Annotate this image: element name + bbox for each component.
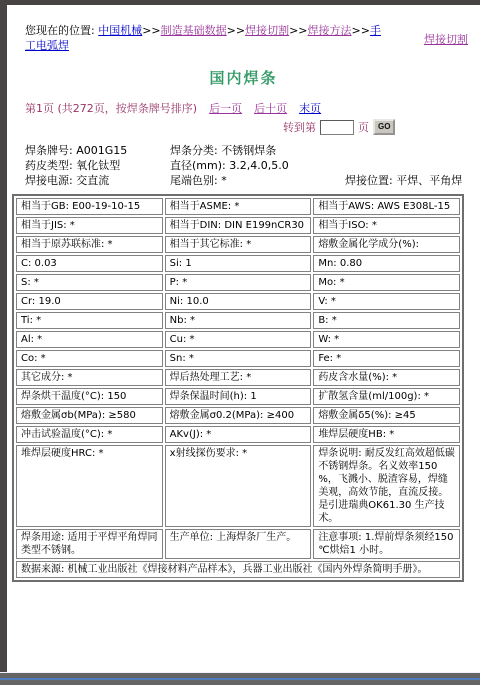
table-row: Ti: *Nb: *B: * [16, 312, 460, 329]
go-button[interactable]: GO [373, 119, 395, 135]
table-cell: 冲击试验温度(°C): * [16, 426, 163, 443]
goto-suffix-label: 页 [358, 119, 369, 135]
table-cell: 相当于其它标准: * [165, 236, 312, 253]
window-left-edge [0, 0, 7, 685]
info-item: 焊条分类: 不锈钢焊条 [170, 143, 345, 158]
table-row: 冲击试验温度(°C): *AKv(J): *堆焊层硬度HB: * [16, 426, 460, 443]
table-cell: 焊条用途: 适用于平焊平角焊同类型不锈钢。 [16, 529, 163, 559]
table-cell: 焊条说明: 耐反发红高效超低碳不锈钢焊条。名义效率150 %，飞溅小、脱渣容易，… [313, 445, 460, 527]
table-cell: 焊条烘干温度(°C): 150 [16, 388, 163, 405]
table-cell: Sn: * [165, 350, 312, 367]
info-item: 尾端色别: * [170, 173, 345, 188]
table-row: Co: *Sn: *Fe: * [16, 350, 460, 367]
pagination-link[interactable]: 后十页 [254, 102, 287, 115]
table-row: 熔敷金属σb(MPa): ≥580熔敷金属σ0.2(MPa): ≥400熔敷金属… [16, 407, 460, 424]
pagination-status: 第1页 (共272页，按焊条牌号排序) [25, 102, 197, 115]
table-cell: Co: * [16, 350, 163, 367]
spec-table-body: 相当于GB: E00-19-10-15相当于ASME: *相当于AWS: AWS… [16, 198, 460, 578]
breadcrumb-separator: >> [142, 24, 160, 37]
info-line: 焊接电源: 交直流尾端色别: *焊接位置: 平焊、平角焊 [25, 173, 480, 188]
table-cell: Ti: * [16, 312, 163, 329]
table-row: 相当于GB: E00-19-10-15相当于ASME: *相当于AWS: AWS… [16, 198, 460, 215]
info-block: 焊条牌号: A001G15焊条分类: 不锈钢焊条药皮类型: 氧化钛型直径(mm)… [25, 143, 480, 188]
table-cell: 堆焊层硬度HB: * [313, 426, 460, 443]
breadcrumb-link[interactable]: 中国机械 [98, 24, 142, 37]
table-cell: 生产单位: 上海焊条厂生产。 [165, 529, 312, 559]
goto-label: 转到第 [283, 119, 316, 135]
spec-table: 相当于GB: E00-19-10-15相当于ASME: *相当于AWS: AWS… [12, 194, 464, 582]
table-cell: 堆焊层硬度HRC: * [16, 445, 163, 527]
table-cell: Mo: * [313, 274, 460, 291]
table-cell: Al: * [16, 331, 163, 348]
table-cell: B: * [313, 312, 460, 329]
table-cell: Ni: 10.0 [165, 293, 312, 310]
table-cell: W: * [313, 331, 460, 348]
breadcrumb: 您现在的位置: 中国机械>>制造基础数据>>焊接切割>>焊接方法>>手工电弧焊 [25, 23, 389, 53]
breadcrumb-link[interactable]: 焊接切割 [245, 24, 289, 37]
table-cell: C: 0.03 [16, 255, 163, 272]
table-row: 其它成分: *焊后热处理工艺: *药皮含水量(%): * [16, 369, 460, 386]
table-row: 焊条用途: 适用于平焊平角焊同类型不锈钢。生产单位: 上海焊条厂生产。注意事项:… [16, 529, 460, 559]
table-cell: 相当于原苏联标准: * [16, 236, 163, 253]
pagination-links: 后一页后十页末页 [197, 102, 321, 115]
goto-page-controls: 转到第 页 GO [283, 119, 480, 135]
info-item: 焊接电源: 交直流 [25, 173, 170, 188]
table-cell: x射线探伤要求: * [165, 445, 312, 527]
table-cell: 相当于GB: E00-19-10-15 [16, 198, 163, 215]
table-cell: Nb: * [165, 312, 312, 329]
table-cell: 熔敷金属δ5(%): ≥45 [313, 407, 460, 424]
table-row: 数据来源: 机械工业出版社《焊接材料产品样本》，兵器工业出版社《国内外焊条简明手… [16, 561, 460, 578]
table-cell: 相当于ASME: * [165, 198, 312, 215]
table-cell: Mn: 0.80 [313, 255, 460, 272]
info-item: 药皮类型: 氧化钛型 [25, 158, 170, 173]
table-row: 相当于JIS: *相当于DIN: DIN E199nCR30相当于ISO: * [16, 217, 460, 234]
table-cell: AKv(J): * [165, 426, 312, 443]
page-title: 国内焊条 [7, 67, 480, 88]
table-row: 焊条烘干温度(°C): 150焊条保温时间(h): 1扩散氢含量(ml/100g… [16, 388, 460, 405]
info-line: 药皮类型: 氧化钛型直径(mm): 3.2,4.0,5.0 [25, 158, 480, 173]
breadcrumb-prefix: 您现在的位置: [25, 24, 98, 37]
table-row: 相当于原苏联标准: *相当于其它标准: *熔敷金属化学成分(%): [16, 236, 460, 253]
table-cell: 相当于JIS: * [16, 217, 163, 234]
table-row: Cr: 19.0Ni: 10.0V: * [16, 293, 460, 310]
table-cell: S: * [16, 274, 163, 291]
table-cell: 相当于AWS: AWS E308L-15 [313, 198, 460, 215]
table-cell: 相当于DIN: DIN E199nCR30 [165, 217, 312, 234]
browser-page: 您现在的位置: 中国机械>>制造基础数据>>焊接切割>>焊接方法>>手工电弧焊 … [0, 0, 480, 685]
breadcrumb-separator: >> [289, 24, 307, 37]
window-bottom-bar [0, 672, 480, 685]
table-cell: Cr: 19.0 [16, 293, 163, 310]
table-cell: 熔敷金属σb(MPa): ≥580 [16, 407, 163, 424]
pagination-bar: 第1页 (共272页，按焊条牌号排序)后一页后十页末页 [25, 100, 480, 116]
table-row: S: *P: *Mo: * [16, 274, 460, 291]
pagination-link[interactable]: 后一页 [209, 102, 242, 115]
breadcrumb-separator: >> [227, 24, 245, 37]
table-cell: 药皮含水量(%): * [313, 369, 460, 386]
breadcrumb-separator: >> [352, 24, 370, 37]
table-row: Al: *Cu: *W: * [16, 331, 460, 348]
info-item: 焊条牌号: A001G15 [25, 143, 170, 158]
table-row: 堆焊层硬度HRC: *x射线探伤要求: *焊条说明: 耐反发红高效超低碳不锈钢焊… [16, 445, 460, 527]
table-cell: P: * [165, 274, 312, 291]
info-item: 直径(mm): 3.2,4.0,5.0 [170, 158, 345, 173]
table-cell: 焊后热处理工艺: * [165, 369, 312, 386]
table-cell: 熔敷金属化学成分(%): [313, 236, 460, 253]
goto-page-input[interactable] [320, 120, 354, 135]
bottom-bar-highlight [0, 672, 480, 673]
table-cell: Fe: * [313, 350, 460, 367]
corner-link-welding-cutting[interactable]: 焊接切割 [424, 31, 468, 47]
info-line: 焊条牌号: A001G15焊条分类: 不锈钢焊条 [25, 143, 480, 158]
table-cell: 其它成分: * [16, 369, 163, 386]
table-cell: V: * [313, 293, 460, 310]
page-content: 您现在的位置: 中国机械>>制造基础数据>>焊接切割>>焊接方法>>手工电弧焊 … [7, 5, 480, 672]
info-item: 焊接位置: 平焊、平角焊 [345, 173, 462, 188]
table-cell: Si: 1 [165, 255, 312, 272]
table-cell: 注意事项: 1.焊前焊条须经150 ℃烘焙1 小时。 [313, 529, 460, 559]
table-cell: 数据来源: 机械工业出版社《焊接材料产品样本》，兵器工业出版社《国内外焊条简明手… [16, 561, 460, 578]
table-cell: 熔敷金属σ0.2(MPa): ≥400 [165, 407, 312, 424]
table-cell: Cu: * [165, 331, 312, 348]
pagination-link[interactable]: 末页 [299, 102, 321, 115]
breadcrumb-link[interactable]: 焊接方法 [308, 24, 352, 37]
table-cell: 相当于ISO: * [313, 217, 460, 234]
table-cell: 焊条保温时间(h): 1 [165, 388, 312, 405]
breadcrumb-link[interactable]: 制造基础数据 [161, 24, 227, 37]
bottom-bar-blue-accent [0, 678, 480, 680]
table-cell: 扩散氢含量(ml/100g): * [313, 388, 460, 405]
table-row: C: 0.03Si: 1Mn: 0.80 [16, 255, 460, 272]
